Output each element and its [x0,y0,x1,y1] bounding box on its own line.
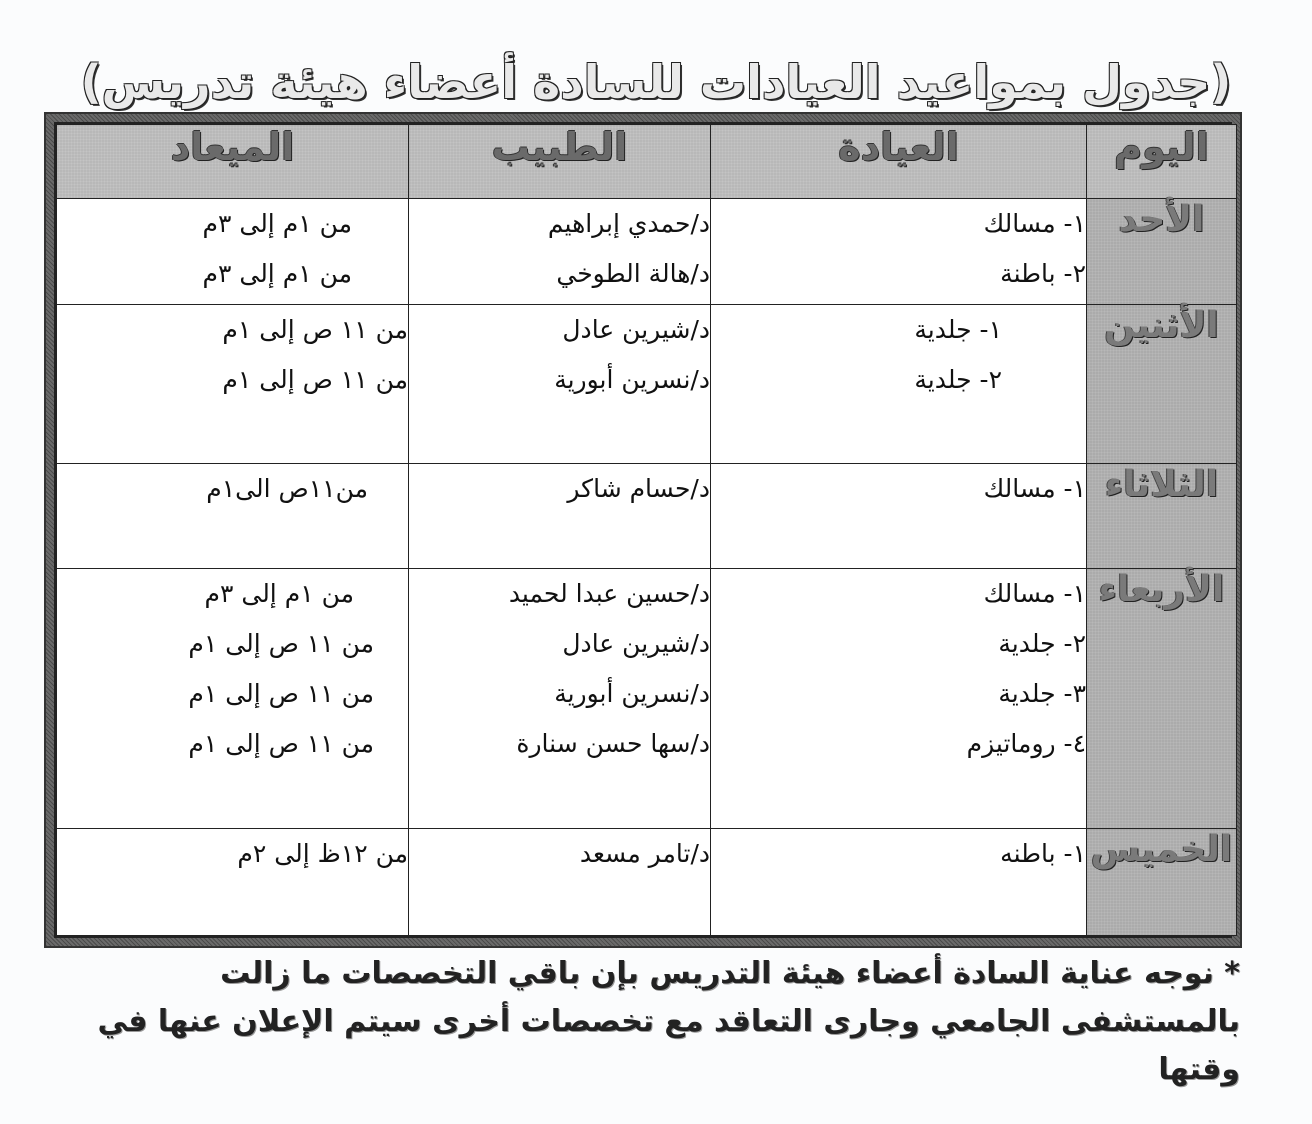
footnote: * نوجه عناية السادة أعضاء هيئة التدريس ب… [90,950,1240,1094]
clinic-entry: ١- مسالك [711,464,1086,514]
schedule-table-frame: اليوم العيادة الطبيب الميعاد الأحد ١- مس… [44,112,1242,948]
clinic-entry: ١- مسالك [711,199,1086,249]
time-entry: من ١١ ص إلى ١م [57,719,408,769]
time-cell: من ١م إلى ٣م من ١١ ص إلى ١م من ١١ ص إلى … [57,569,409,829]
time-entry: من ١١ ص إلى ١م [57,669,408,719]
clinic-entry: ١- مسالك [711,569,1086,619]
doctor-cell: د/شيرين عادل د/نسرين أبورية [409,305,711,464]
doctor-entry: د/هالة الطوخي [409,249,710,299]
table-row-wednesday: الأربعاء ١- مسالك ٢- جلدية ٣- جلدية ٤- ر… [57,569,1237,829]
doctor-entry: د/نسرين أبورية [409,669,710,719]
time-entry: من ١١ ص إلى ١م [57,355,408,405]
time-entry: من ١م إلى ٣م [57,569,408,619]
day-cell: الأثنين [1087,305,1237,464]
clinic-entry: ٢- جلدية [711,619,1086,669]
time-entry: من ١م إلى ٣م [57,249,408,299]
clinic-entry: ٣- جلدية [711,669,1086,719]
doctor-cell: د/حسين عبدا لحميد د/شيرين عادل د/نسرين أ… [409,569,711,829]
doctor-entry: د/تامر مسعد [409,829,710,879]
column-header-time: الميعاد [57,125,409,199]
clinic-entry: ٤- روماتيزم [711,719,1086,769]
time-entry: من١١ص الى١م [57,464,408,514]
doctor-entry: د/حسام شاكر [409,464,710,514]
doctor-entry: د/شيرين عادل [409,305,710,355]
clinic-entry: ١- جلدية [711,305,1002,355]
doctor-entry: د/نسرين أبورية [409,355,710,405]
time-cell: من١١ص الى١م [57,464,409,569]
day-cell: الثلاثاء [1087,464,1237,569]
time-cell: من ١١ ص إلى ١م من ١١ ص إلى ١م [57,305,409,464]
table-row-monday: الأثنين ١- جلدية ٢- جلدية د/شيرين عادل د… [57,305,1237,464]
doctor-entry: د/شيرين عادل [409,619,710,669]
time-entry: من ١م إلى ٣م [57,199,408,249]
time-entry: من ١١ ص إلى ١م [57,619,408,669]
doctor-cell: د/تامر مسعد [409,829,711,936]
day-cell: الأربعاء [1087,569,1237,829]
table-header-row: اليوم العيادة الطبيب الميعاد [57,125,1237,199]
time-entry: من ١١ ص إلى ١م [57,305,408,355]
doctor-entry: د/حمدي إبراهيم [409,199,710,249]
clinic-schedule-table: اليوم العيادة الطبيب الميعاد الأحد ١- مس… [56,124,1237,936]
table-row-thursday: الخميس ١- باطنه د/تامر مسعد من ١٢ظ إلى ٢… [57,829,1237,936]
clinic-cell: ١- مسالك ٢- باطنة [711,198,1087,305]
clinic-entry: ٢- جلدية [711,355,1002,405]
table-row-sunday: الأحد ١- مسالك ٢- باطنة د/حمدي إبراهيم د… [57,198,1237,305]
column-header-doctor: الطبيب [409,125,711,199]
time-cell: من ١م إلى ٣م من ١م إلى ٣م [57,198,409,305]
doctor-entry: د/حسين عبدا لحميد [409,569,710,619]
clinic-cell: ١- مسالك [711,464,1087,569]
clinic-cell: ١- جلدية ٢- جلدية [711,305,1087,464]
day-cell: الأحد [1087,198,1237,305]
time-entry: من ١٢ظ إلى ٢م [57,829,408,879]
doctor-entry: د/سها حسن سنارة [409,719,710,769]
time-cell: من ١٢ظ إلى ٢م [57,829,409,936]
page-title: (جدول بمواعيد العيادات للسادة أعضاء هيئة… [0,52,1312,112]
clinic-entry: ٢- باطنة [711,249,1086,299]
column-header-clinic: العيادة [711,125,1087,199]
day-cell: الخميس [1087,829,1237,936]
clinic-entry: ١- باطنه [711,829,1086,879]
column-header-day: اليوم [1087,125,1237,199]
doctor-cell: د/حمدي إبراهيم د/هالة الطوخي [409,198,711,305]
clinic-cell: ١- مسالك ٢- جلدية ٣- جلدية ٤- روماتيزم [711,569,1087,829]
doctor-cell: د/حسام شاكر [409,464,711,569]
schedule-table-inner: اليوم العيادة الطبيب الميعاد الأحد ١- مس… [54,122,1232,938]
clinic-cell: ١- باطنه [711,829,1087,936]
table-row-tuesday: الثلاثاء ١- مسالك د/حسام شاكر من١١ص الى١… [57,464,1237,569]
